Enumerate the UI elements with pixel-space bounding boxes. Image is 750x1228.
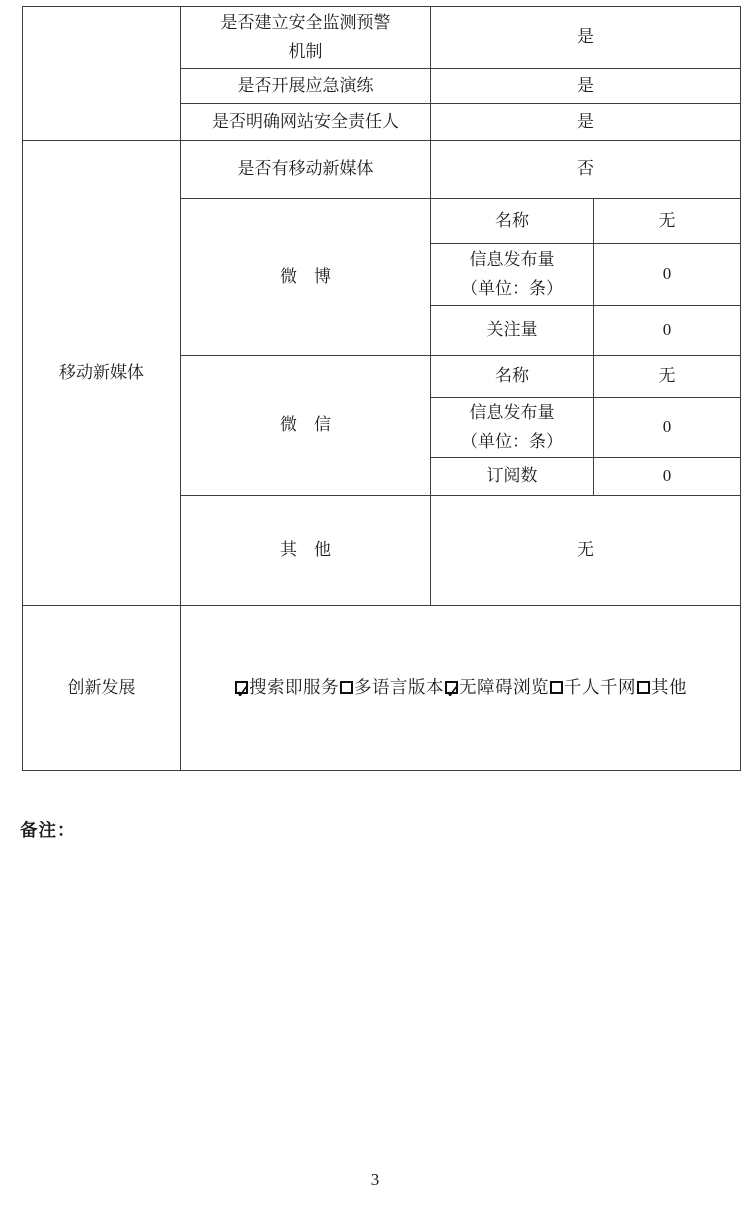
group-cell-other-media: 其 他 — [181, 496, 431, 606]
label-cell-has-mobile-media: 是否有移动新媒体 — [181, 141, 431, 199]
value-cell-security-monitor: 是 — [431, 7, 741, 69]
checkbox-checked-icon[interactable] — [235, 681, 248, 694]
label-cell-weibo-followers: 关注量 — [431, 306, 594, 356]
table-row: 创新发展 搜索即服务多语言版本无障碍浏览千人千网其他 — [23, 606, 741, 771]
label-cell-security-monitor: 是否建立安全监测预警 机制 — [181, 7, 431, 69]
checkbox-unchecked-icon[interactable] — [550, 681, 563, 694]
label-cell-wechat-posts: 信息发布量 （单位：条） — [431, 398, 594, 458]
table-row: 移动新媒体 是否有移动新媒体 否 — [23, 141, 741, 199]
innovation-options-cell: 搜索即服务多语言版本无障碍浏览千人千网其他 — [181, 606, 741, 771]
label-cell-wechat-subscribers: 订阅数 — [431, 458, 594, 496]
checkbox-option-label: 多语言版本 — [354, 677, 444, 697]
value-cell-wechat-posts: 0 — [594, 398, 741, 458]
label-cell-weibo-name: 名称 — [431, 199, 594, 244]
value-cell-other-media: 无 — [431, 496, 741, 606]
table-row: 是否建立安全监测预警 机制 是 — [23, 7, 741, 69]
checkbox-unchecked-icon[interactable] — [637, 681, 650, 694]
checkbox-option-label: 无障碍浏览 — [459, 677, 549, 697]
checkbox-unchecked-icon[interactable] — [340, 681, 353, 694]
group-cell-wechat: 微 信 — [181, 356, 431, 496]
remarks-label: 备注： — [20, 817, 750, 842]
value-cell-weibo-name: 无 — [594, 199, 741, 244]
section-header-cell-innovation: 创新发展 — [23, 606, 181, 771]
innovation-checkbox-line: 搜索即服务多语言版本无障碍浏览千人千网其他 — [183, 673, 738, 702]
value-cell-security-owner: 是 — [431, 104, 741, 141]
checkbox-option-label: 千人千网 — [564, 677, 636, 697]
value-cell-wechat-subscribers: 0 — [594, 458, 741, 496]
label-cell-wechat-name: 名称 — [431, 356, 594, 398]
value-cell-emergency-drill: 是 — [431, 69, 741, 104]
label-cell-weibo-posts: 信息发布量 （单位：条） — [431, 244, 594, 306]
checkbox-option-label: 搜索即服务 — [249, 677, 339, 697]
label-cell-emergency-drill: 是否开展应急演练 — [181, 69, 431, 104]
checkbox-checked-icon[interactable] — [445, 681, 458, 694]
section-header-cell-mobile-media: 移动新媒体 — [23, 141, 181, 606]
annual-report-table: 是否建立安全监测预警 机制 是 是否开展应急演练 是 是否明确网站安全责任人 是… — [22, 6, 741, 771]
value-cell-weibo-followers: 0 — [594, 306, 741, 356]
group-cell-weibo: 微 博 — [181, 199, 431, 356]
value-cell-has-mobile-media: 否 — [431, 141, 741, 199]
value-cell-weibo-posts: 0 — [594, 244, 741, 306]
checkbox-option-label: 其他 — [651, 677, 687, 697]
section-header-cell-empty — [23, 7, 181, 141]
page-number: 3 — [0, 1170, 750, 1190]
value-cell-wechat-name: 无 — [594, 356, 741, 398]
label-cell-security-owner: 是否明确网站安全责任人 — [181, 104, 431, 141]
